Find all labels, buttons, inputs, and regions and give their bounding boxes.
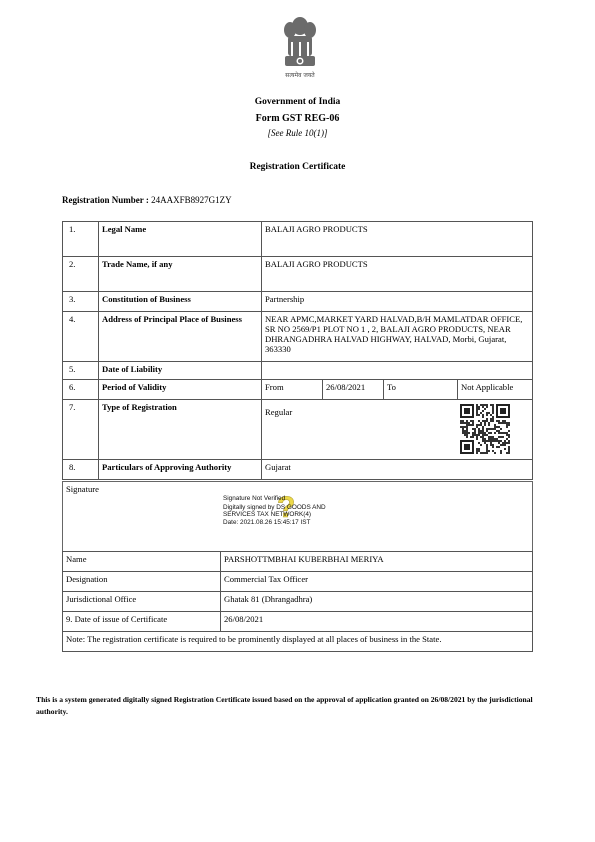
row-number: 6.: [63, 380, 99, 400]
row-number: 8.: [63, 460, 99, 480]
table-row: Note: The registration certificate is re…: [63, 632, 533, 652]
table-row: 4. Address of Principal Place of Busines…: [63, 312, 533, 362]
address-value: NEAR APMC,MARKET YARD HALVAD,B/H MAMLATD…: [262, 312, 533, 362]
approving-authority-value: Gujarat: [262, 460, 533, 480]
legal-name-label: Legal Name: [99, 222, 262, 257]
trade-name-value: BALAJI AGRO PRODUCTS: [262, 257, 533, 292]
validity-from-value: 26/08/2021: [323, 380, 384, 400]
emblem-motto: सत्यमेव जयते: [269, 71, 331, 79]
table-row: Designation Commercial Tax Officer: [63, 572, 533, 592]
type-of-registration-label: Type of Registration: [99, 400, 262, 460]
officer-name-value: PARSHOTTMBHAI KUBERBHAI MERIYA: [221, 552, 533, 572]
table-row: 8. Particulars of Approving Authority Gu…: [63, 460, 533, 480]
signature-label: Signature: [66, 484, 99, 494]
government-heading: Government of India: [0, 97, 595, 107]
details-table: 1. Legal Name BALAJI AGRO PRODUCTS 2. Tr…: [62, 221, 533, 480]
type-of-registration-cell: Regular: [262, 400, 533, 460]
signed-by-line1: Digitally signed by DS GOODS AND: [223, 504, 326, 511]
table-row: 9. Date of issue of Certificate 26/08/20…: [63, 612, 533, 632]
footer-disclaimer: This is a system generated digitally sig…: [36, 694, 561, 718]
designation-value: Commercial Tax Officer: [221, 572, 533, 592]
row-number: 5.: [63, 362, 99, 380]
table-row: 1. Legal Name BALAJI AGRO PRODUCTS: [63, 222, 533, 257]
validity-to-value: Not Applicable: [458, 380, 533, 400]
address-label: Address of Principal Place of Business: [99, 312, 262, 362]
ashoka-emblem-icon: सत्यमेव जयते: [275, 12, 325, 82]
rule-reference: [See Rule 10(1)]: [0, 128, 595, 138]
registration-number-row: Registration Number : 24AAXFB8927G1ZY: [62, 195, 232, 205]
qr-code-icon: [460, 404, 510, 454]
date-of-issue-label: 9. Date of issue of Certificate: [63, 612, 221, 632]
signed-by-line2: SERVICES TAX NETWORK(4): [223, 511, 326, 518]
jurisdictional-office-value: Ghatak 81 (Dhrangadhra): [221, 592, 533, 612]
date-of-liability-value: [262, 362, 533, 380]
constitution-value: Partnership: [262, 292, 533, 312]
table-row: 7. Type of Registration Regular: [63, 400, 533, 460]
validity-to-label: To: [384, 380, 458, 400]
page-title: Registration Certificate: [0, 162, 595, 172]
table-row: Jurisdictional Office Ghatak 81 (Dhranga…: [63, 592, 533, 612]
registration-number-label: Registration Number :: [62, 195, 149, 205]
trade-name-label: Trade Name, if any: [99, 257, 262, 292]
row-number: 2.: [63, 257, 99, 292]
date-of-liability-label: Date of Liability: [99, 362, 262, 380]
table-row: 5. Date of Liability: [63, 362, 533, 380]
note-text: Note: The registration certificate is re…: [63, 632, 533, 652]
officer-table: Name PARSHOTTMBHAI KUBERBHAI MERIYA Desi…: [62, 551, 533, 652]
date-of-issue-value: 26/08/2021: [221, 612, 533, 632]
signature-status: Signature Not Verified: [223, 495, 326, 502]
period-of-validity-label: Period of Validity: [99, 380, 262, 400]
form-title: Form GST REG-06: [0, 113, 595, 124]
row-number: 1.: [63, 222, 99, 257]
legal-name-value: BALAJI AGRO PRODUCTS: [262, 222, 533, 257]
signature-date: Date: 2021.08.26 15:45:17 IST: [223, 519, 326, 526]
digital-signature-block[interactable]: ? Signature Not Verified Digitally signe…: [223, 495, 326, 526]
row-number: 3.: [63, 292, 99, 312]
table-row: Name PARSHOTTMBHAI KUBERBHAI MERIYA: [63, 552, 533, 572]
approving-authority-label: Particulars of Approving Authority: [99, 460, 262, 480]
table-row: 3. Constitution of Business Partnership: [63, 292, 533, 312]
constitution-label: Constitution of Business: [99, 292, 262, 312]
designation-label: Designation: [63, 572, 221, 592]
row-number: 7.: [63, 400, 99, 460]
validity-from-label: From: [262, 380, 323, 400]
row-number: 4.: [63, 312, 99, 362]
officer-name-label: Name: [63, 552, 221, 572]
type-of-registration-value: Regular: [265, 407, 292, 417]
table-row: 2. Trade Name, if any BALAJI AGRO PRODUC…: [63, 257, 533, 292]
table-row: 6. Period of Validity From 26/08/2021 To…: [63, 380, 533, 400]
jurisdictional-office-label: Jurisdictional Office: [63, 592, 221, 612]
signature-table: Signature ? Signature Not Verified Digit…: [62, 481, 533, 552]
registration-number-value: 24AAXFB8927G1ZY: [151, 195, 232, 205]
signature-cell: Signature ? Signature Not Verified Digit…: [63, 482, 533, 552]
